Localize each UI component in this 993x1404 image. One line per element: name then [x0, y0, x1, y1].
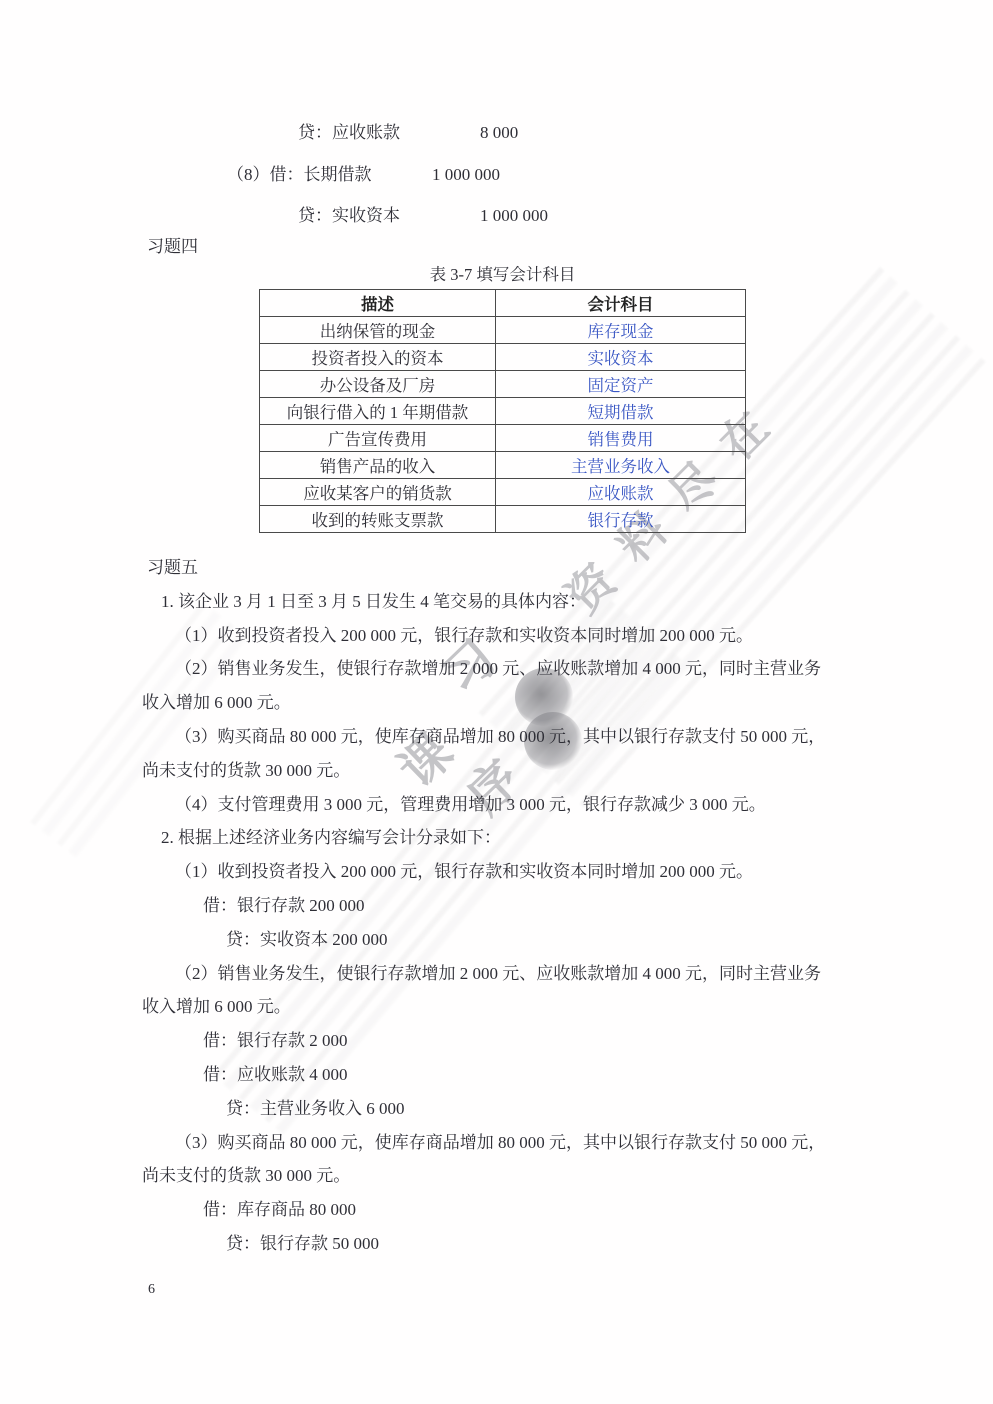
entry-amount: 8 000: [480, 112, 518, 154]
table-row: 出纳保管的现金 库存现金: [260, 317, 746, 344]
description-cell: 投资者投入的资本: [260, 344, 496, 371]
account-cell: 主营业务收入: [496, 452, 746, 479]
entry-label: 贷：实收资本: [0, 195, 400, 237]
table-header-row: 描述 会计科目: [260, 290, 746, 317]
column-header-account: 会计科目: [496, 290, 746, 317]
text-line: （3）购买商品 80 000 元，使库存商品增加 80 000 元，其中以银行存…: [0, 1126, 993, 1160]
text-line: 尚未支付的货款 30 000 元。: [0, 754, 993, 788]
table-row: 办公设备及厂房 固定资产: [260, 371, 746, 398]
text-line: 借：银行存款 200 000: [0, 889, 993, 923]
table-caption: 表 3-7 填写会计科目: [259, 263, 746, 287]
description-cell: 广告宣传费用: [260, 425, 496, 452]
text-line: 收入增加 6 000 元。: [0, 990, 993, 1024]
text-line: 贷：主营业务收入 6 000: [0, 1092, 993, 1126]
account-cell: 固定资产: [496, 371, 746, 398]
text-line: 2. 根据上述经济业务内容编写会计分录如下：: [0, 821, 993, 855]
exercise5-section: 习题五 1. 该企业 3 月 1 日至 3 月 5 日发生 4 笔交易的具体内容…: [0, 551, 993, 1261]
exercise5-heading: 习题五: [0, 551, 993, 585]
document-page: 资料尽在 习 课 序 贷：应收账款 8 000 （8）借：长期借款 1 000 …: [0, 0, 993, 1404]
account-cell: 销售费用: [496, 425, 746, 452]
description-cell: 收到的转账支票款: [260, 506, 496, 533]
text-line: （1）收到投资者投入 200 000 元，银行存款和实收资本同时增加 200 0…: [0, 855, 993, 889]
table-row: 广告宣传费用 销售费用: [260, 425, 746, 452]
journal-entries-previous: 贷：应收账款 8 000 （8）借：长期借款 1 000 000 贷：实收资本 …: [0, 112, 993, 237]
text-line: （2）销售业务发生，使银行存款增加 2 000 元、应收账款增加 4 000 元…: [0, 957, 993, 991]
description-cell: 办公设备及厂房: [260, 371, 496, 398]
account-cell: 应收账款: [496, 479, 746, 506]
text-line: 借：银行存款 2 000: [0, 1024, 993, 1058]
table-row: 销售产品的收入 主营业务收入: [260, 452, 746, 479]
text-line: 借：库存商品 80 000: [0, 1193, 993, 1227]
account-cell: 实收资本: [496, 344, 746, 371]
account-cell: 银行存款: [496, 506, 746, 533]
journal-entry-line: （8）借：长期借款 1 000 000: [0, 154, 993, 196]
text-line: 借：应收账款 4 000: [0, 1058, 993, 1092]
account-fill-table: 描述 会计科目 出纳保管的现金 库存现金 投资者投入的资本 实收资本 办公设备及…: [259, 289, 746, 533]
entry-amount: 1 000 000: [432, 154, 500, 196]
text-line: 贷：实收资本 200 000: [0, 923, 993, 957]
text-line: （3）购买商品 80 000 元，使库存商品增加 80 000 元，其中以银行存…: [0, 720, 993, 754]
text-line: 1. 该企业 3 月 1 日至 3 月 5 日发生 4 笔交易的具体内容：: [0, 585, 993, 619]
exercise4-heading: 习题四: [147, 234, 198, 260]
text-line: （1）收到投资者投入 200 000 元，银行存款和实收资本同时增加 200 0…: [0, 619, 993, 653]
description-cell: 应收某客户的销货款: [260, 479, 496, 506]
journal-entry-line: 贷：实收资本 1 000 000: [0, 195, 993, 237]
account-cell: 库存现金: [496, 317, 746, 344]
table-row: 应收某客户的销货款 应收账款: [260, 479, 746, 506]
description-cell: 销售产品的收入: [260, 452, 496, 479]
text-line: 尚未支付的货款 30 000 元。: [0, 1159, 993, 1193]
description-cell: 向银行借入的 1 年期借款: [260, 398, 496, 425]
description-cell: 出纳保管的现金: [260, 317, 496, 344]
text-line: （4）支付管理费用 3 000 元，管理费用增加 3 000 元，银行存款减少 …: [0, 788, 993, 822]
journal-entry-line: 贷：应收账款 8 000: [0, 112, 993, 154]
table-row: 投资者投入的资本 实收资本: [260, 344, 746, 371]
text-line: （2）销售业务发生，使银行存款增加 2 000 元、应收账款增加 4 000 元…: [0, 652, 993, 686]
exercise5-lines: 1. 该企业 3 月 1 日至 3 月 5 日发生 4 笔交易的具体内容： （1…: [0, 585, 993, 1261]
table-row: 向银行借入的 1 年期借款 短期借款: [260, 398, 746, 425]
table-row: 收到的转账支票款 银行存款: [260, 506, 746, 533]
column-header-desc: 描述: [260, 290, 496, 317]
text-line: 收入增加 6 000 元。: [0, 686, 993, 720]
entry-label: 贷：应收账款: [0, 112, 400, 154]
account-cell: 短期借款: [496, 398, 746, 425]
page-number: 6: [148, 1282, 155, 1298]
text-line: 贷：银行存款 50 000: [0, 1227, 993, 1261]
entry-label: （8）借：长期借款: [0, 154, 372, 196]
entry-amount: 1 000 000: [480, 195, 548, 237]
